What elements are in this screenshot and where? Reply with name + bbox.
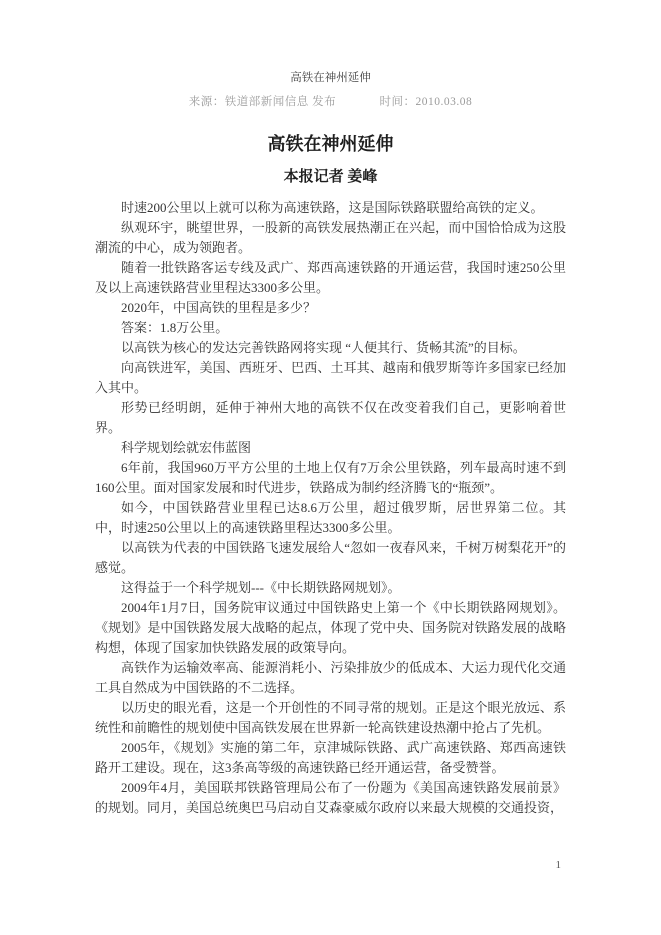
article-body: 时速200公里以上就可以称为高速铁路，这是国际铁路联盟给高铁的定义。 纵观环宇，… bbox=[95, 198, 566, 818]
document-content: 高铁在神州延伸 来源：铁道部新闻信息 发布 时间：2010.03.08 高铁在神… bbox=[95, 0, 566, 818]
paragraph: 以历史的眼光看，这是一个开创性的不同寻常的规划。正是这个眼光放远、系统性和前瞻性… bbox=[95, 698, 566, 738]
paragraph: 形势已经明朗，延伸于神州大地的高铁不仅在改变着我们自己，更影响着世界。 bbox=[95, 398, 566, 438]
paragraph: 时速200公里以上就可以称为高速铁路，这是国际铁路联盟给高铁的定义。 bbox=[95, 198, 566, 218]
paragraph: 2009年4月，美国联邦铁路管理局公布了一份题为《美国高速铁路发展前景》的规划。… bbox=[95, 778, 566, 818]
document-page: 高铁在神州延伸 来源：铁道部新闻信息 发布 时间：2010.03.08 高铁在神… bbox=[0, 0, 661, 935]
article-title: 高铁在神州延伸 bbox=[95, 133, 566, 155]
paragraph: 2020年，中国高铁的里程是多少？ bbox=[95, 298, 566, 318]
paragraph: 以高铁为核心的发达完善铁路网将实现 “人便其行、货畅其流”的目标。 bbox=[95, 338, 566, 358]
paragraph: 纵观环宇，眺望世界，一股新的高铁发展热潮正在兴起，而中国恰恰成为这股潮流的中心，… bbox=[95, 218, 566, 258]
paragraph: 随着一批铁路客运专线及武广、郑西高速铁路的开通运营，我国时速250公里及以上高速… bbox=[95, 258, 566, 298]
paragraph: 以高铁为代表的中国铁路飞速发展给人“忽如一夜春风来，千树万树梨花开”的感觉。 bbox=[95, 538, 566, 578]
paragraph: 2005年，《规划》实施的第二年，京津城际铁路、武广高速铁路、郑西高速铁路开工建… bbox=[95, 738, 566, 778]
paragraph: 2004年1月7日，国务院审议通过中国铁路史上第一个《中长期铁路网规划》。《规划… bbox=[95, 598, 566, 658]
meta-source: 来源：铁道部新闻信息 发布 bbox=[189, 96, 336, 108]
section-heading-paragraph: 科学规划绘就宏伟蓝图 bbox=[95, 438, 566, 458]
paragraph: 答案：1.8万公里。 bbox=[95, 318, 566, 338]
paragraph: 高铁作为运输效率高、能源消耗小、污染排放少的低成本、大运力现代化交通工具自然成为… bbox=[95, 658, 566, 698]
page-number: 1 bbox=[556, 858, 562, 872]
meta-line: 来源：铁道部新闻信息 发布 时间：2010.03.08 bbox=[95, 95, 566, 109]
running-header: 高铁在神州延伸 bbox=[95, 0, 566, 85]
paragraph: 向高铁进军，美国、西班牙、巴西、土耳其、越南和俄罗斯等许多国家已经加入其中。 bbox=[95, 358, 566, 398]
paragraph: 如今，中国铁路营业里程已达8.6万公里，超过俄罗斯，居世界第二位。其中，时速25… bbox=[95, 498, 566, 538]
paragraph: 这得益于一个科学规划---《中长期铁路网规划》。 bbox=[95, 578, 566, 598]
meta-time: 时间：2010.03.08 bbox=[380, 96, 473, 108]
article-byline: 本报记者 姜峰 bbox=[95, 168, 566, 187]
paragraph: 6年前，我国960万平方公里的土地上仅有7万余公里铁路，列车最高时速不到160公… bbox=[95, 458, 566, 498]
